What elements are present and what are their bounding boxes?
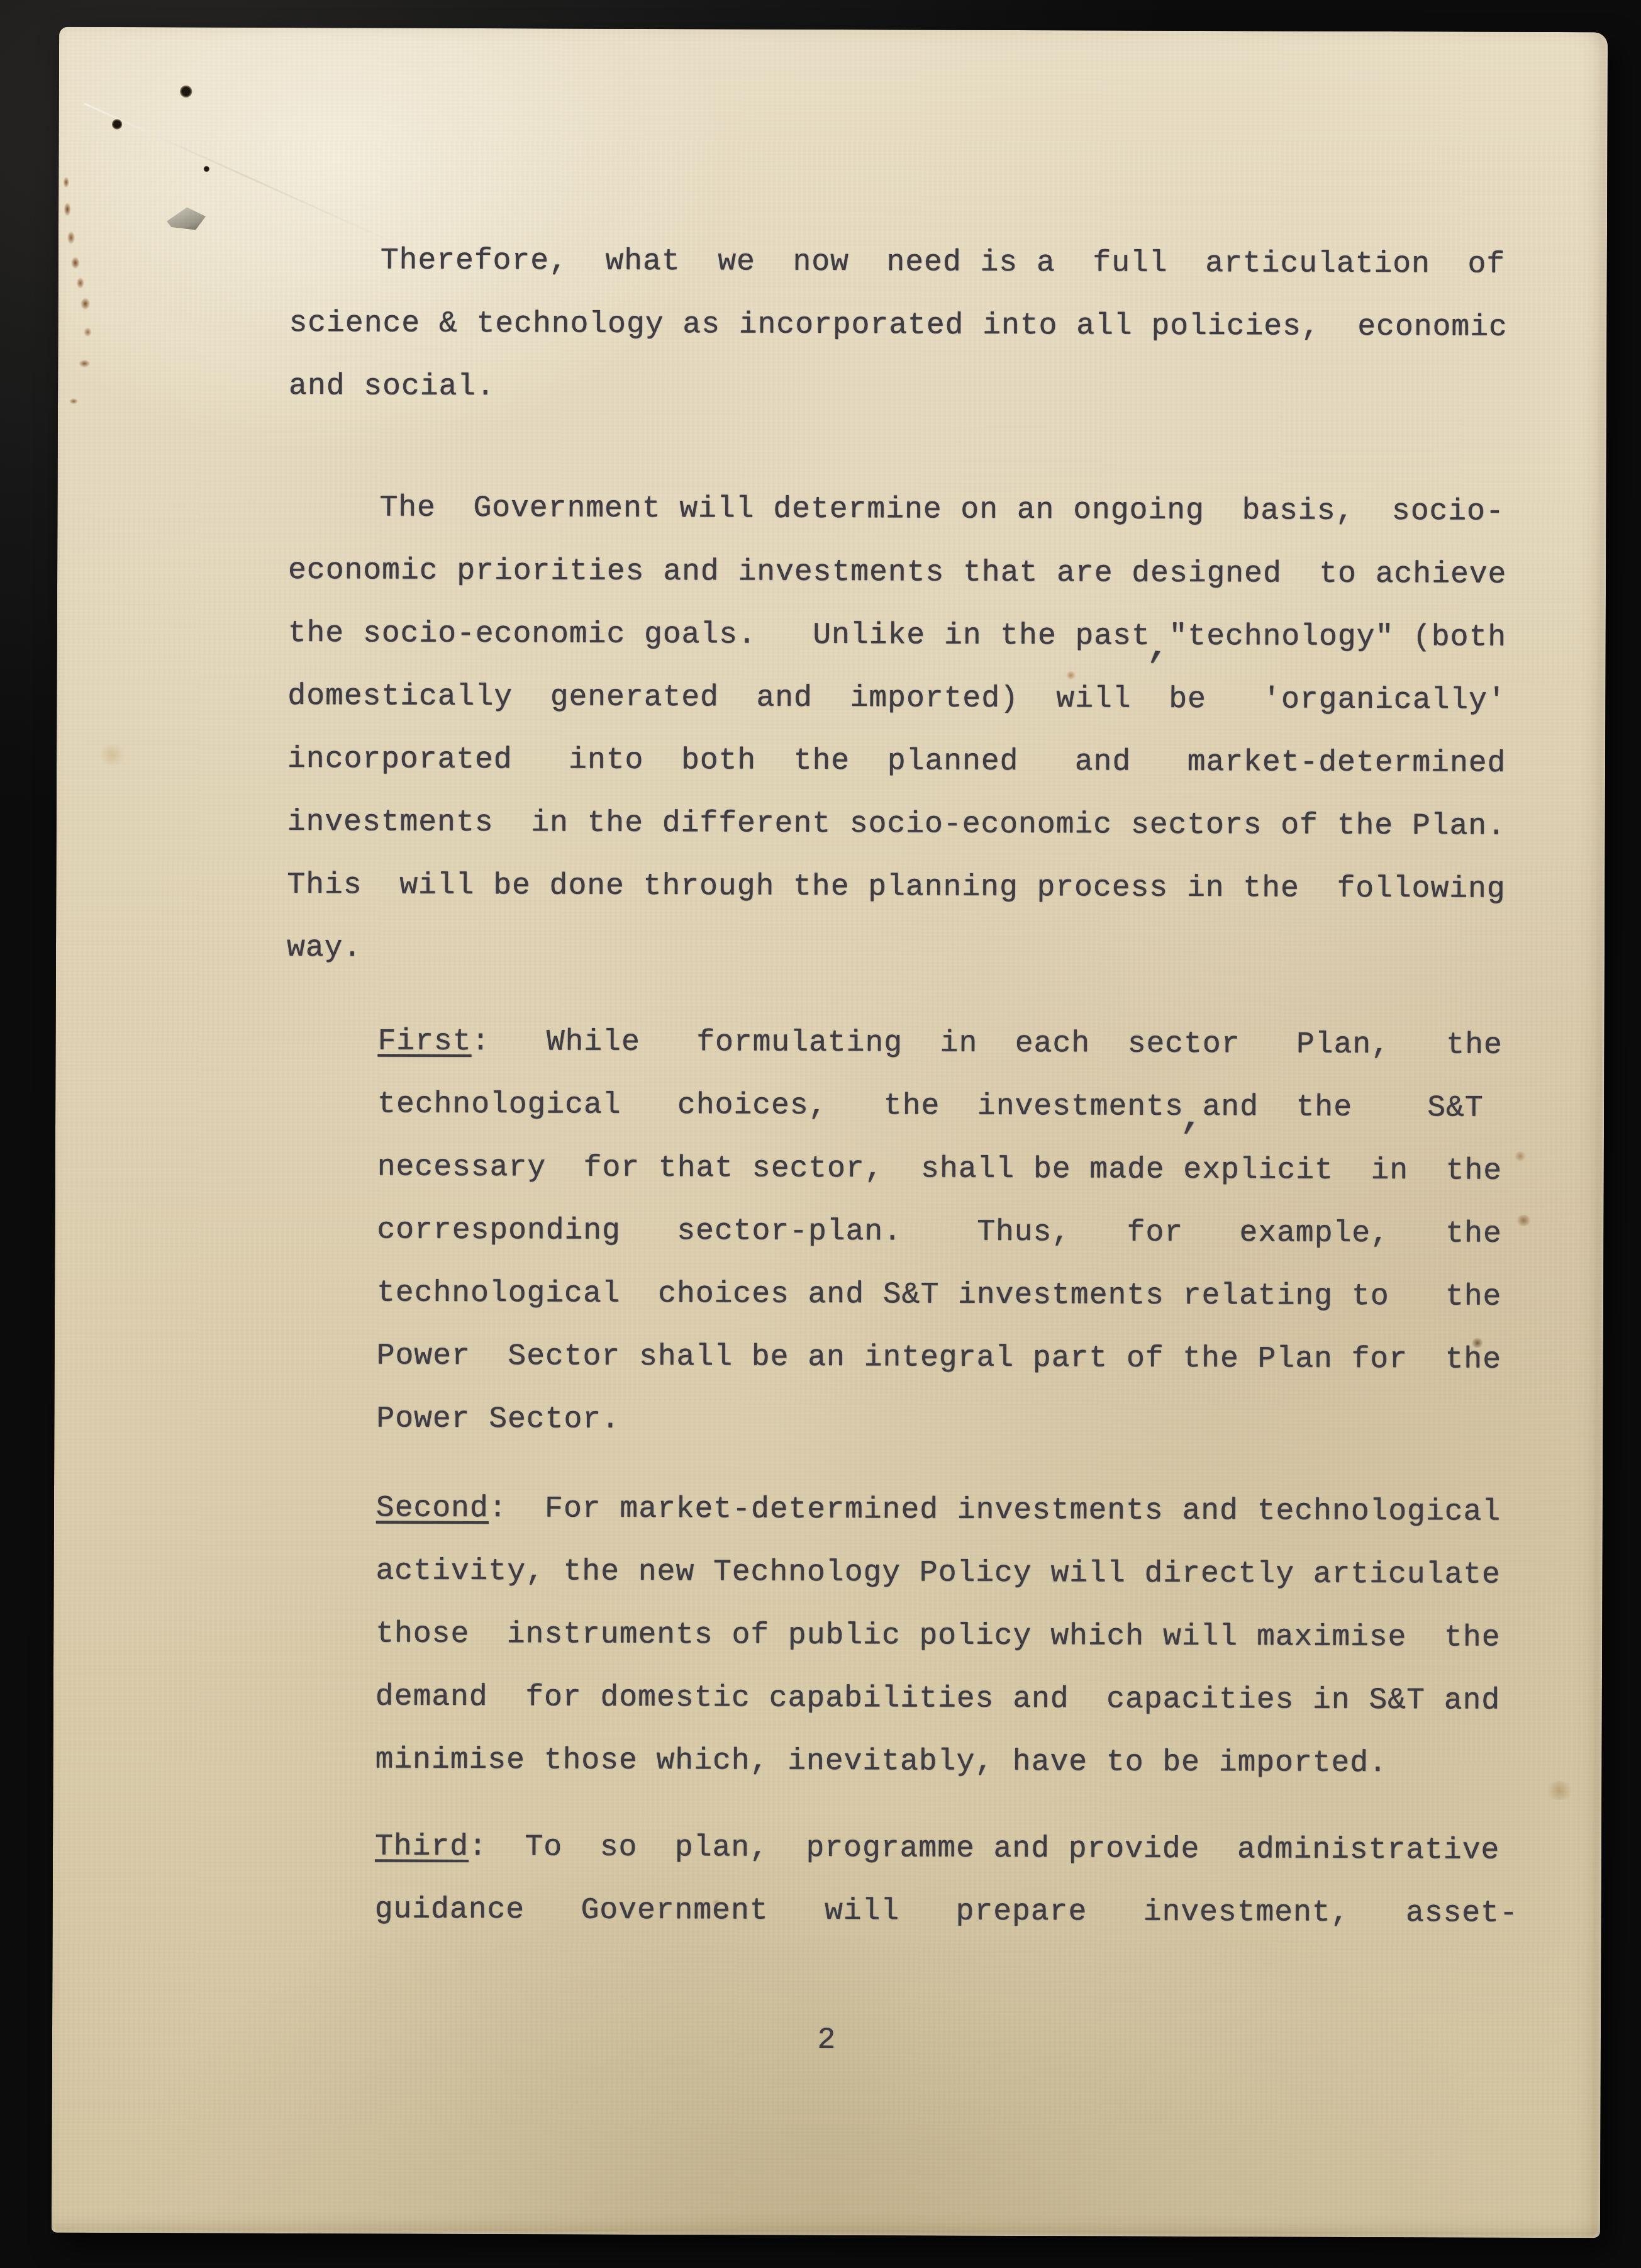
paragraph-2: The Government will determine on an ongo…	[287, 476, 1521, 984]
text-line: incorporated into both the planned and m…	[287, 728, 1520, 795]
text-segment: and the S&T	[1202, 1090, 1483, 1126]
text-segment: Therefore, what we now need is a full ar…	[381, 243, 1505, 281]
text-line: minimise those which, inevitably, have t…	[375, 1728, 1516, 1795]
text-line: domestically generated and imported) wil…	[287, 665, 1520, 732]
paragraph-third: Third: To so plan, programme and provide…	[284, 1815, 1517, 1945]
text-line: First: While formulating in each sector …	[377, 1010, 1519, 1076]
text-segment: necessary for that sector, shall be made…	[377, 1150, 1502, 1188]
text-segment: economic priorities and investments that…	[288, 554, 1506, 592]
page-number: 2	[52, 2006, 1601, 2075]
text-line: demand for domestic capabilities and cap…	[375, 1665, 1517, 1732]
text-segment: and social.	[289, 369, 495, 404]
text-line: activity, the new Technology Policy will…	[375, 1539, 1517, 1606]
underlined-word: Third	[375, 1829, 469, 1864]
text-segment: Power Sector shall be an integral part o…	[377, 1339, 1501, 1377]
text-segment: technological choices and S&T investment…	[377, 1276, 1501, 1314]
text-segment: incorporated into both the planned and m…	[287, 742, 1506, 781]
text-segment: science & technology as incorporated int…	[289, 306, 1507, 345]
text-segment: the socio-economic goals. Unlike in the …	[288, 617, 1150, 654]
document-page: Therefore, what we now need is a full ar…	[52, 27, 1608, 2238]
foxing-spot	[98, 744, 126, 766]
text-line: Third: To so plan, programme and provide…	[375, 1815, 1516, 1882]
scan-background: Therefore, what we now need is a full ar…	[0, 0, 1641, 2268]
grey-smudge	[167, 207, 206, 230]
text-segment: domestically generated and imported) wil…	[287, 679, 1506, 718]
text-line: technological choices and S&T investment…	[377, 1261, 1518, 1328]
text-segment: guidance Government will prepare investm…	[375, 1892, 1518, 1930]
text-segment: demand for domestic capabilities and cap…	[375, 1680, 1500, 1718]
underlined-word: Second	[376, 1491, 489, 1526]
text-segment: "technology" (both	[1169, 620, 1506, 655]
foxing-spot	[1545, 1781, 1574, 1800]
text-line: corresponding sector-plan. Thus, for exa…	[377, 1198, 1518, 1265]
underlined-word: First	[377, 1024, 471, 1059]
text-line: economic priorities and investments that…	[288, 539, 1521, 606]
paragraph-1: Therefore, what we now need is a full ar…	[289, 229, 1522, 422]
text-segment: way.	[287, 931, 362, 965]
text-segment: Power Sector.	[376, 1402, 620, 1436]
text-line: necessary for that sector, shall be made…	[377, 1136, 1519, 1202]
text-line: Power Sector.	[376, 1387, 1518, 1454]
text-segment: corresponding sector-plan. Thus, for exa…	[377, 1213, 1501, 1251]
text-line: those instruments of public policy which…	[375, 1602, 1517, 1669]
text-line: way.	[287, 917, 1520, 984]
text-line: science & technology as incorporated int…	[289, 292, 1521, 359]
text-segment: : While formulating in each sector Plan,…	[471, 1025, 1502, 1063]
rust-streak	[58, 175, 109, 439]
text-line: and social.	[289, 355, 1521, 422]
text-line: guidance Government will prepare investm…	[375, 1878, 1516, 1945]
text-line: Power Sector shall be an integral part o…	[377, 1324, 1518, 1391]
text-segment: The Government will determine on an ongo…	[379, 491, 1504, 528]
text-segment: minimise those which, inevitably, have t…	[375, 1743, 1388, 1780]
paper-crease	[83, 103, 405, 249]
text-segment: : To so plan, programme and provide admi…	[469, 1830, 1499, 1868]
text-line: Therefore, what we now need is a full ar…	[289, 229, 1522, 296]
typewritten-text: Therefore, what we now need is a full ar…	[284, 229, 1522, 1945]
staple-hole	[112, 119, 123, 130]
text-line: Second: For market-determined investment…	[376, 1477, 1518, 1543]
text-segment: activity, the new Technology Policy will…	[375, 1554, 1500, 1592]
staple-hole	[180, 85, 192, 98]
paragraph-first: First: While formulating in each sector …	[285, 1010, 1519, 1455]
text-line: investments in the different socio-econo…	[287, 791, 1520, 858]
paragraph-second: Second: For market-determined investment…	[284, 1477, 1518, 1796]
text-line: technological choices, the investments,a…	[377, 1073, 1519, 1139]
text-line: This will be done through the planning p…	[287, 854, 1520, 921]
staple-hole	[203, 166, 209, 172]
text-line: The Government will determine on an ongo…	[288, 476, 1521, 544]
text-segment: those instruments of public policy which…	[375, 1617, 1500, 1655]
text-segment: investments in the different socio-econo…	[287, 805, 1506, 844]
text-segment: : For market-determined investments and …	[489, 1492, 1501, 1529]
text-segment: This will be done through the planning p…	[287, 868, 1505, 907]
text-line: the socio-economic goals. Unlike in the …	[288, 602, 1521, 669]
text-segment: technological choices, the investments	[377, 1087, 1184, 1124]
